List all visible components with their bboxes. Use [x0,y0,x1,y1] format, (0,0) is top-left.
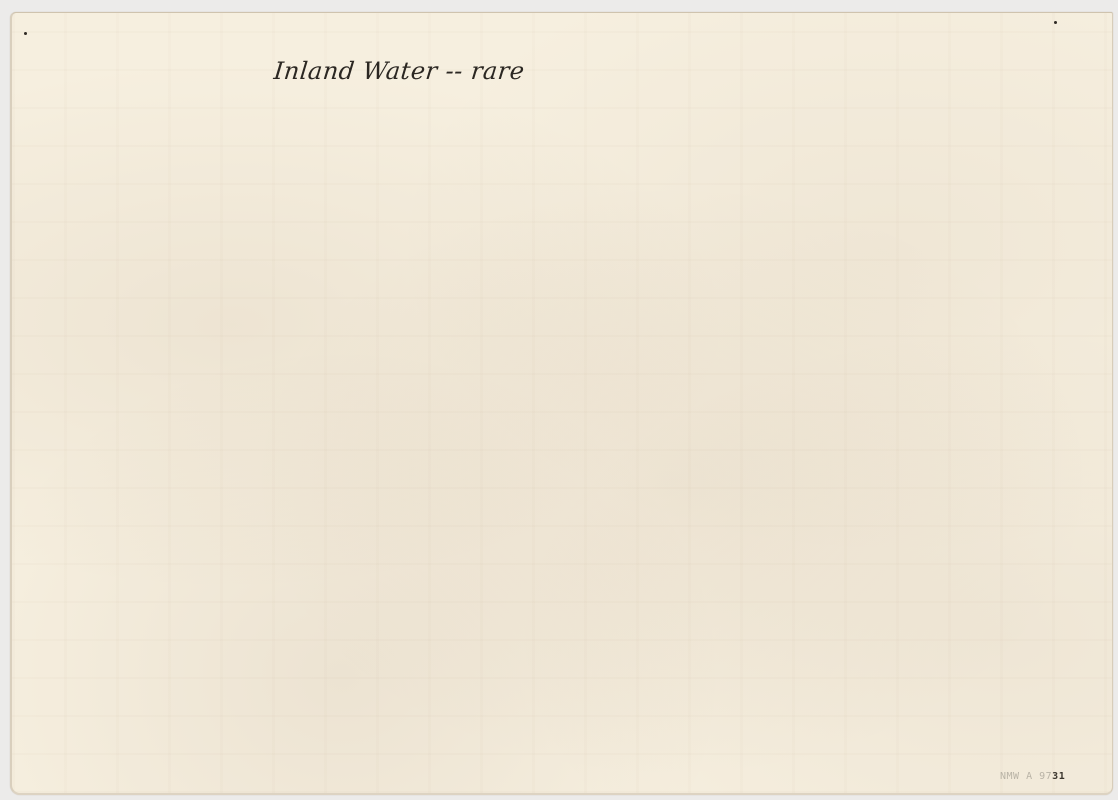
paper-sheet: Inland Water -- rare NMW A 9731 [10,12,1113,795]
pin-hole-top-left [24,32,27,35]
accession-prefix: NMW A 97 [1000,771,1052,782]
handwritten-annotation: Inland Water -- rare [273,57,526,85]
pin-hole-top-right [1054,21,1057,24]
accession-number-stamp: NMW A 9731 [1000,771,1065,782]
accession-suffix: 31 [1052,771,1065,782]
